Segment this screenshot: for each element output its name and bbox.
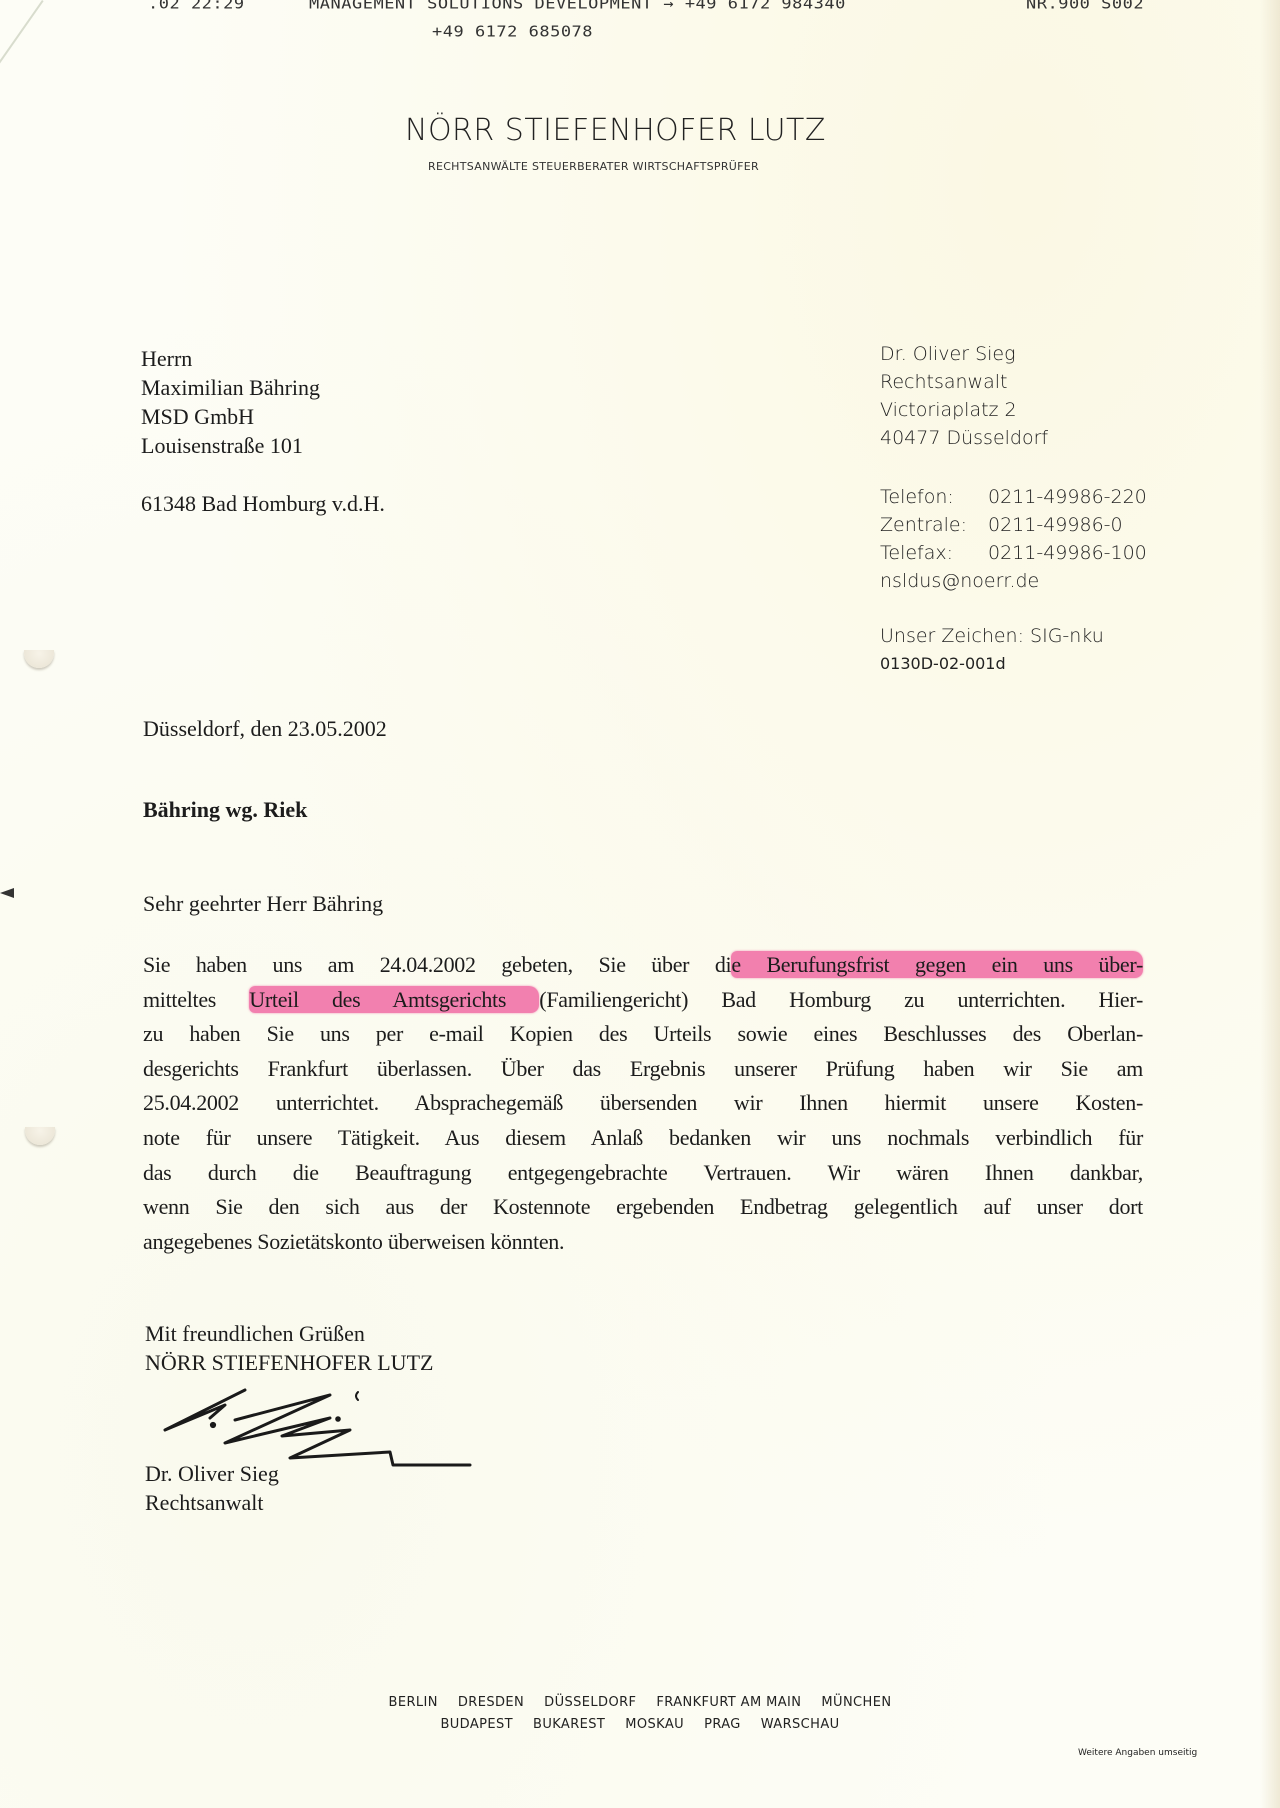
fold-mark-icon xyxy=(0,888,14,898)
body-line: zu haben Sie uns per e-mail Kopien des U… xyxy=(143,1017,1143,1052)
footer-city: MÜNCHEN xyxy=(821,1695,891,1710)
signatory-name: Dr. Oliver Sieg xyxy=(145,1459,279,1488)
contact-label: Telefon: xyxy=(880,483,988,511)
footer-city: MOSKAU xyxy=(625,1717,684,1732)
contact-value: 0211-49986-100 xyxy=(988,539,1147,567)
letter-body: Sie haben uns am 24.04.2002 gebeten, Sie… xyxy=(143,948,1143,1259)
closing-phrase: Mit freundlichen Grüßen xyxy=(145,1319,433,1348)
footer-city: BUKAREST xyxy=(533,1717,605,1732)
recipient-salutation: Herrn xyxy=(141,344,385,373)
paper-edge-shadow xyxy=(1260,0,1280,1808)
body-text-segment: mitteltes xyxy=(143,987,249,1012)
recipient-city: 61348 Bad Homburg v.d.H. xyxy=(141,489,385,518)
sender-name: Dr. Oliver Sieg xyxy=(880,340,1048,368)
fax-arrow-icon: → xyxy=(663,0,674,13)
sender-address: Dr. Oliver Sieg Rechtsanwalt Victoriapla… xyxy=(880,340,1048,452)
letterhead-professions: RECHTSANWÄLTE STEUERBERATER WIRTSCHAFTSP… xyxy=(428,160,759,173)
letterhead-firm-name: NÖRR STIEFENHOFER LUTZ xyxy=(405,113,826,148)
signatory-title: Rechtsanwalt xyxy=(145,1488,279,1517)
contact-label: Telefax: xyxy=(880,539,988,567)
footer-city: BERLIN xyxy=(389,1695,438,1710)
fax-header-line2: +49 6172 685078 xyxy=(432,23,593,41)
recipient-name: Maximilian Bähring xyxy=(141,373,385,402)
sender-reference-label: Unser Zeichen: SIG-nku xyxy=(880,622,1104,650)
contact-value: 0211-49986-220 xyxy=(988,483,1147,511)
sender-email: nsldus@noerr.de xyxy=(880,567,1147,595)
sender-title: Rechtsanwalt xyxy=(880,368,1048,396)
letter-subject: Bähring wg. Riek xyxy=(143,795,307,824)
contact-row-telefax: Telefax: 0211-49986-100 xyxy=(880,539,1147,567)
sender-city: 40477 Düsseldorf xyxy=(880,424,1048,452)
highlighted-text: Urteil des Amtsgerichts xyxy=(249,986,539,1013)
body-text-segment: desgerichts Frankfurt überlassen. Über d… xyxy=(143,1056,1143,1081)
recipient-company: MSD GmbH xyxy=(141,402,385,431)
body-line: 25.04.2002 unterrichtet. Absprachegemäß … xyxy=(143,1086,1143,1121)
footer-city: PRAG xyxy=(704,1717,741,1732)
sender-street: Victoriaplatz 2 xyxy=(880,396,1048,424)
footer-city: DRESDEN xyxy=(458,1695,524,1710)
footer-city: WARSCHAU xyxy=(761,1717,840,1732)
body-line: Sie haben uns am 24.04.2002 gebeten, Sie… xyxy=(143,948,1143,983)
body-text-segment: wenn Sie den sich aus der Kostennote erg… xyxy=(143,1194,1143,1219)
footer-city: DÜSSELDORF xyxy=(544,1695,636,1710)
closing-firm: NÖRR STIEFENHOFER LUTZ xyxy=(145,1348,433,1377)
footer-note: Weitere Angaben umseitig xyxy=(1078,1748,1197,1758)
footer-city: FRANKFURT AM MAIN xyxy=(656,1695,801,1710)
fax-timestamp: .02 22:29 xyxy=(148,0,245,13)
recipient-street: Louisenstraße 101 xyxy=(141,431,385,460)
footer-office-locations: BERLINDRESDENDÜSSELDORFFRANKFURT AM MAIN… xyxy=(340,1692,940,1736)
fax-to-number: +49 6172 984340 xyxy=(685,0,846,13)
body-line: das durch die Beauftragung entgegengebra… xyxy=(143,1156,1143,1191)
body-line: note für unsere Tätigkeit. Aus diesem An… xyxy=(143,1121,1143,1156)
recipient-address: Herrn Maximilian Bähring MSD GmbH Louise… xyxy=(141,344,385,518)
contact-row-zentrale: Zentrale: 0211-49986-0 xyxy=(880,511,1147,539)
fax-header-line1: .02 22:29 MANAGEMENT SOLUTIONS DEVELOPME… xyxy=(148,0,846,13)
body-text-segment: Sie haben uns am 24.04.2002 gebeten, Sie… xyxy=(143,952,731,977)
fax-page-info: NR.900 S002 xyxy=(1026,0,1144,13)
footer-cities-row1: BERLINDRESDENDÜSSELDORFFRANKFURT AM MAIN… xyxy=(340,1692,940,1714)
fax-sender: MANAGEMENT SOLUTIONS DEVELOPMENT xyxy=(309,0,653,13)
body-text-segment: 25.04.2002 unterrichtet. Absprachegemäß … xyxy=(143,1090,1143,1115)
footer-city: BUDAPEST xyxy=(440,1717,513,1732)
sender-contacts: Telefon: 0211-49986-220 Zentrale: 0211-4… xyxy=(880,483,1147,595)
body-line: mitteltes Urteil des Amtsgerichts (Famil… xyxy=(143,983,1143,1018)
contact-value: 0211-49986-0 xyxy=(988,511,1123,539)
contact-row-telefon: Telefon: 0211-49986-220 xyxy=(880,483,1147,511)
footer-cities-row2: BUDAPESTBUKARESTMOSKAUPRAGWARSCHAU xyxy=(340,1714,940,1736)
letter-greeting: Sehr geehrter Herr Bähring xyxy=(143,889,383,918)
sender-reference-code: 0130D-02-001d xyxy=(880,654,1006,673)
body-text-segment: zu haben Sie uns per e-mail Kopien des U… xyxy=(143,1021,1143,1046)
body-line: wenn Sie den sich aus der Kostennote erg… xyxy=(143,1190,1143,1225)
highlighted-text: e Berufungsfrist gegen ein uns über- xyxy=(731,951,1143,978)
signatory-block: Dr. Oliver Sieg Rechtsanwalt xyxy=(145,1459,279,1517)
place-date: Düsseldorf, den 23.05.2002 xyxy=(143,714,387,743)
body-text-segment: das durch die Beauftragung entgegengebra… xyxy=(143,1160,1143,1185)
closing-block: Mit freundlichen Grüßen NÖRR STIEFENHOFE… xyxy=(145,1319,433,1377)
body-text-segment: (Familiengericht) Bad Homburg zu unterri… xyxy=(539,987,1143,1012)
contact-label: Zentrale: xyxy=(880,511,988,539)
body-line: desgerichts Frankfurt überlassen. Über d… xyxy=(143,1052,1143,1087)
body-text-segment: note für unsere Tätigkeit. Aus diesem An… xyxy=(143,1125,1143,1150)
body-text-segment: angegebenes Sozietätskonto überweisen kö… xyxy=(143,1229,564,1254)
body-line: angegebenes Sozietätskonto überweisen kö… xyxy=(143,1225,1143,1260)
